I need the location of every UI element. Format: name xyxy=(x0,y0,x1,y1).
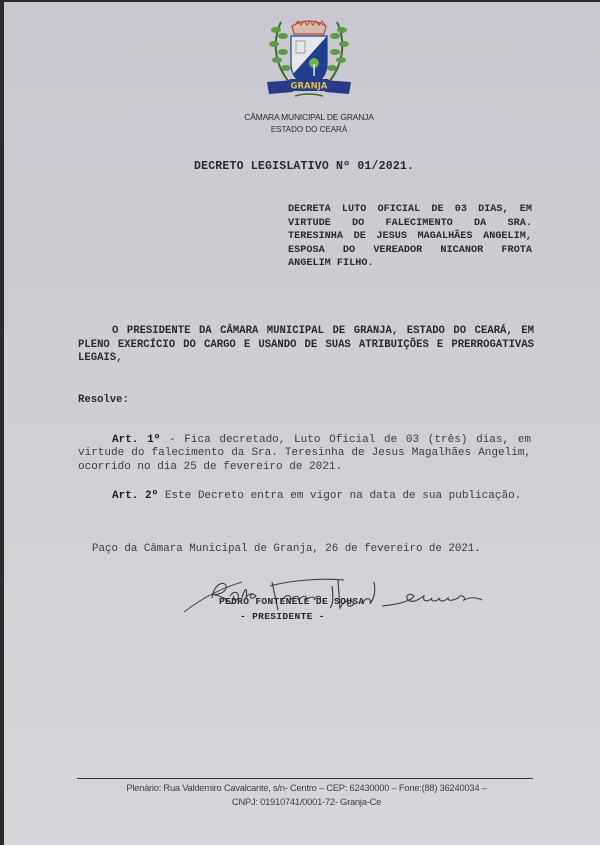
decree-preamble: O PRESIDENTE DA CÂMARA MUNICIPAL DE GRAN… xyxy=(78,325,534,366)
organization-name: CÂMARA MUNICIPAL DE GRANJA xyxy=(4,112,600,122)
place-and-date: Paço da Câmara Municipal de Granja, 26 d… xyxy=(92,543,481,555)
footer-address: Plenário: Rua Valdemiro Cavalcante, s/n-… xyxy=(4,782,600,793)
article-2: Art. 2º Este Decreto entra em vigor na d… xyxy=(78,490,531,503)
signer-name: PEDRO FONTENELE DE SOUSA xyxy=(219,596,364,607)
decree-title: DECRETO LEGISLATIVO Nº 01/2021. xyxy=(194,160,414,173)
decree-ementa: DECRETA LUTO OFICIAL DE 03 DIAS, EM VIRT… xyxy=(288,203,532,271)
footer-cnpj: CNPJ: 01910741/0001-72- Granja-Ce xyxy=(4,796,600,807)
article-2-label: Art. 2º xyxy=(112,490,158,502)
handwritten-signature-icon xyxy=(182,570,502,620)
municipal-crest-icon: GRANJA xyxy=(259,14,359,104)
svg-text:GRANJA: GRANJA xyxy=(291,82,328,92)
signer-role: - PRESIDENTE - xyxy=(240,611,325,622)
state-name: ESTADO DO CEARÁ xyxy=(4,125,600,134)
article-2-text: Este Decreto entra em vigor na data de s… xyxy=(158,490,521,502)
article-1-label: Art. 1º xyxy=(112,434,160,446)
document-page: GRANJA CÂMARA MUNICIPAL DE GRANJA ESTADO… xyxy=(4,2,600,845)
article-1: Art. 1º - Fica decretado, Luto Oficial d… xyxy=(78,434,531,474)
footer-divider xyxy=(77,778,533,779)
resolve-label: Resolve: xyxy=(78,394,129,406)
